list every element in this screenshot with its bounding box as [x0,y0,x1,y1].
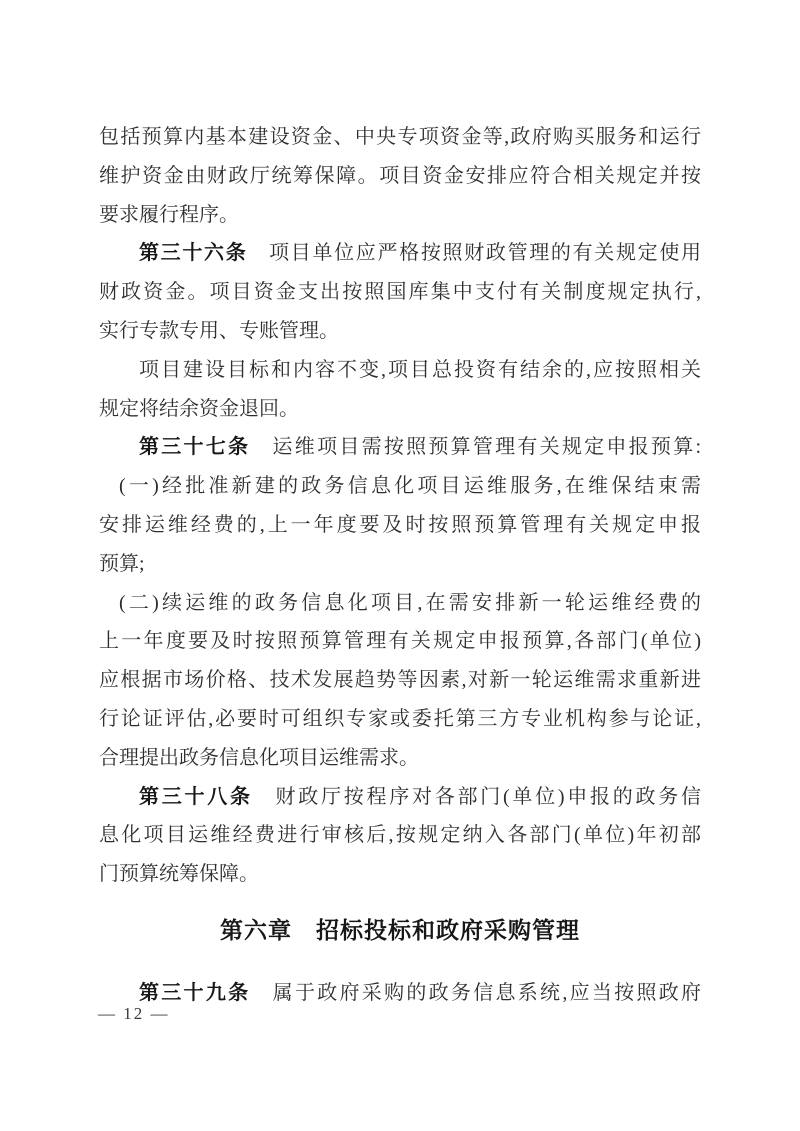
text-line: 第三十八条 财政厅按程序对各部门(单位)申报的政务信 [99,778,701,817]
text-line: 第三十六条 项目单位应严格按照财政管理的有关规定使用 [99,234,701,273]
text-line: 第三十七条 运维项目需按照预算管理有关规定申报预算: [99,428,701,467]
article-number: 第三十八条 [139,786,253,808]
text-line: 第三十九条 属于政府采购的政务信息系统,应当按照政府 [99,974,701,1013]
text-line: 项目建设目标和内容不变,项目总投资有结余的,应按照相关 [99,351,701,390]
line-text: 项目单位应严格按照财政管理的有关规定使用 [247,242,701,264]
line-text: 运维项目需按照预算管理有关规定申报预算: [250,436,701,458]
line-text: 财政厅按程序对各部门(单位)申报的政务信 [253,786,701,808]
text-line: 合理提出政务信息化项目运维需求。 [99,739,701,778]
text-line: 实行专款专用、专账管理。 [99,312,701,351]
document-page: 包括预算内基本建设资金、中央专项资金等,政府购买服务和运行维护资金由财政厅统筹保… [0,0,800,1131]
article-number: 第三十七条 [139,436,250,458]
text-line: 行论证评估,必要时可组织专家或委托第三方专业机构参与论证, [99,700,701,739]
line-text: 属于政府采购的政务信息系统,应当按照政府 [250,982,701,1004]
text-line: 预算; [99,545,701,584]
text-line: 上一年度要及时按照预算管理有关规定申报预算,各部门(单位) [99,622,701,661]
text-line: (一)经批准新建的政务信息化项目运维服务,在维保结束需 [99,467,701,506]
article-number: 第三十九条 [139,982,250,1004]
page-number: — 12 — [98,1004,170,1024]
text-line: 安排运维经费的,上一年度要及时按照预算管理有关规定申报 [99,506,701,545]
article-number: 第三十六条 [139,242,247,264]
document-body: 包括预算内基本建设资金、中央专项资金等,政府购买服务和运行维护资金由财政厅统筹保… [99,118,701,1013]
chapter-heading: 第六章 招标投标和政府采购管理 [99,894,701,966]
text-line: 息化项目运维经费进行审核后,按规定纳入各部门(单位)年初部 [99,816,701,855]
text-line: 规定将结余资金退回。 [99,390,701,429]
text-line: 门预算统筹保障。 [99,855,701,894]
text-line: 要求履行程序。 [99,196,701,235]
text-line: 应根据市场价格、技术发展趋势等因素,对新一轮运维需求重新进 [99,661,701,700]
text-line: (二)续运维的政务信息化项目,在需安排新一轮运维经费的 [99,584,701,623]
text-line: 包括预算内基本建设资金、中央专项资金等,政府购买服务和运行 [99,118,701,157]
text-line: 维护资金由财政厅统筹保障。项目资金安排应符合相关规定并按 [99,157,701,196]
text-line: 财政资金。项目资金支出按照国库集中支付有关制度规定执行, [99,273,701,312]
